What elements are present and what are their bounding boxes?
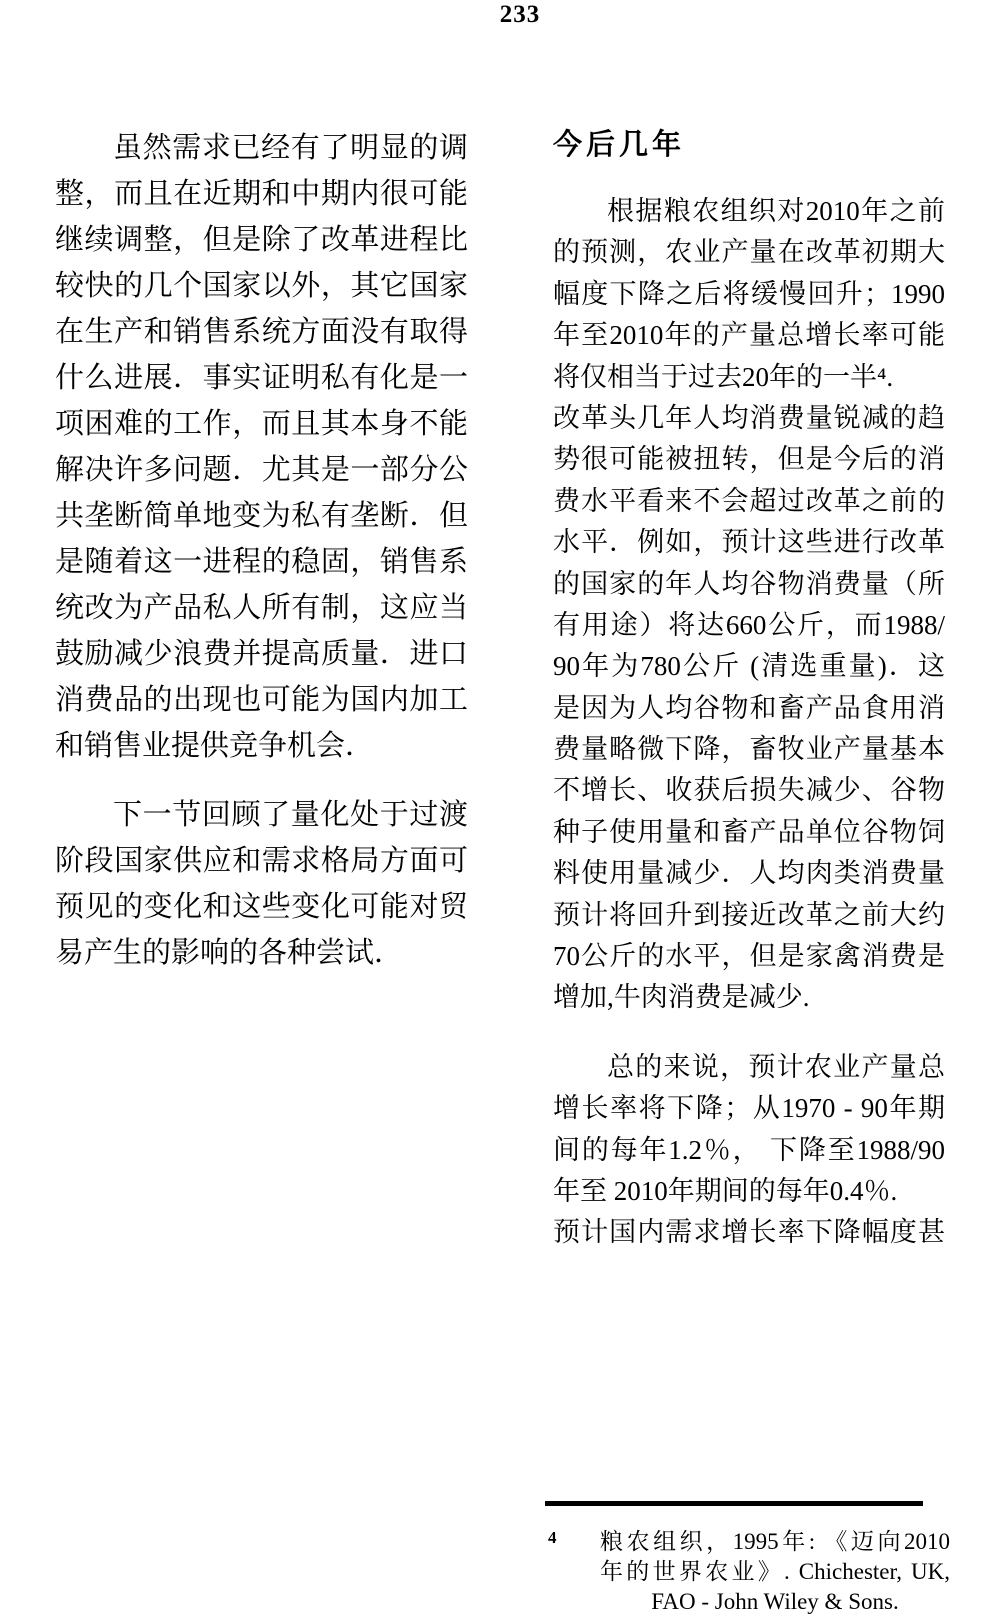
text-line: 统改为产品私人所有制，这应当 bbox=[55, 585, 468, 631]
text-line: 根据粮农组织对2010年之前 bbox=[553, 191, 945, 232]
text-line: 易产生的影响的各种尝试． bbox=[55, 930, 468, 976]
text-line: 种子使用量和畜产品单位谷物饲 bbox=[553, 812, 945, 853]
right-paragraph-2: 总的来说，预计农业产量总 增长率将下降；从1970 - 90年期 间的每年1.2… bbox=[553, 1047, 945, 1254]
text-line: 是随着这一进程的稳固，销售系 bbox=[55, 539, 468, 585]
left-column: 虽然需求已经有了明显的调 整，而且在近期和中期内很可能 继续调整，但是除了改革进… bbox=[55, 125, 468, 976]
text-line: 下一节回顾了量化处于过渡 bbox=[55, 792, 468, 838]
text-line: 不增长、收获后损失减少、谷物 bbox=[553, 770, 945, 811]
text-line: 总的来说，预计农业产量总 bbox=[553, 1047, 945, 1088]
text-line: 的国家的年人均谷物消费量（所 bbox=[553, 564, 945, 605]
text-line: 项困难的工作，而且其本身不能 bbox=[55, 401, 468, 447]
text-line: 阶段国家供应和需求格局方面可 bbox=[55, 838, 468, 884]
right-column: 今后几年 根据粮农组织对2010年之前 的预测，农业产量在改革初期大 幅度下降之… bbox=[553, 125, 945, 1254]
text-line: 将仅相当于过去20年的一半⁴. bbox=[553, 357, 945, 398]
text-line: 共垄断简单地变为私有垄断．但 bbox=[55, 493, 468, 539]
text-line: 增加,牛肉消费是减少. bbox=[553, 977, 945, 1018]
text-line: 料使用量减少．人均肉类消费量 bbox=[553, 853, 945, 894]
text-line: 是因为人均谷物和畜产品食用消 bbox=[553, 688, 945, 729]
right-paragraph-1: 根据粮农组织对2010年之前 的预测，农业产量在改革初期大 幅度下降之后将缓慢回… bbox=[553, 191, 945, 1019]
text-line: 预计将回升到接近改革之前大约 bbox=[553, 895, 945, 936]
text-line: 幅度下降之后将缓慢回升；1990 bbox=[553, 274, 945, 315]
text-line: 什么进展．事实证明私有化是一 bbox=[55, 355, 468, 401]
text-line: 费量略微下降，畜牧业产量基本 bbox=[553, 729, 945, 770]
page-number: 233 bbox=[460, 1, 580, 29]
footnote: 粮农组织，1995年: 《迈向2010 年的世界农业》. Chichester,… bbox=[600, 1527, 950, 1616]
text-line: 70公斤的水平，但是家禽消费是 bbox=[553, 936, 945, 977]
text-line: 间的每年1.2％， 下降至1988/90 bbox=[553, 1130, 945, 1171]
text-line: 水平．例如，预计这些进行改革 bbox=[553, 522, 945, 563]
text-line: 消费品的出现也可能为国内加工 bbox=[55, 677, 468, 723]
text-line: 年至 2010年期间的每年0.4％. bbox=[553, 1171, 945, 1212]
text-line: 增长率将下降；从1970 - 90年期 bbox=[553, 1088, 945, 1129]
text-line: 继续调整，但是除了改革进程比 bbox=[55, 217, 468, 263]
footnote-marker: 4 bbox=[548, 1528, 557, 1548]
text-line: 改革头几年人均消费量锐减的趋 bbox=[553, 398, 945, 439]
footnote-line: 粮农组织，1995年: 《迈向2010 bbox=[600, 1527, 950, 1557]
text-line: 较快的几个国家以外，其它国家 bbox=[55, 263, 468, 309]
text-line: 预见的变化和这些变化可能对贸 bbox=[55, 884, 468, 930]
text-line: 解决许多问题．尤其是一部分公 bbox=[55, 447, 468, 493]
text-line: 90年为780公斤 (清选重量)．这 bbox=[553, 646, 945, 687]
text-line: 虽然需求已经有了明显的调 bbox=[55, 125, 468, 171]
text-line: 鼓励减少浪费并提高质量．进口 bbox=[55, 631, 468, 677]
text-line: 在生产和销售系统方面没有取得 bbox=[55, 309, 468, 355]
text-line: 的预测，农业产量在改革初期大 bbox=[553, 232, 945, 273]
text-line: 和销售业提供竞争机会． bbox=[55, 723, 468, 769]
text-line: 费水平看来不会超过改革之前的 bbox=[553, 481, 945, 522]
footnote-divider bbox=[545, 1501, 923, 1506]
text-line: 年至2010年的产量总增长率可能 bbox=[553, 315, 945, 356]
footnote-line: 年的世界农业》. Chichester, UK, bbox=[600, 1557, 950, 1587]
footnote-line: FAO - John Wiley & Sons. bbox=[600, 1587, 950, 1616]
section-heading: 今后几年 bbox=[553, 125, 945, 165]
text-line: 整，而且在近期和中期内很可能 bbox=[55, 171, 468, 217]
left-paragraph-1: 虽然需求已经有了明显的调 整，而且在近期和中期内很可能 继续调整，但是除了改革进… bbox=[55, 125, 468, 769]
left-paragraph-2: 下一节回顾了量化处于过渡 阶段国家供应和需求格局方面可 预见的变化和这些变化可能… bbox=[55, 792, 468, 976]
text-line: 势很可能被扭转，但是今后的消 bbox=[553, 439, 945, 480]
text-line: 预计国内需求增长率下降幅度甚 bbox=[553, 1212, 945, 1253]
text-line: 有用途）将达660公斤，而1988/ bbox=[553, 605, 945, 646]
